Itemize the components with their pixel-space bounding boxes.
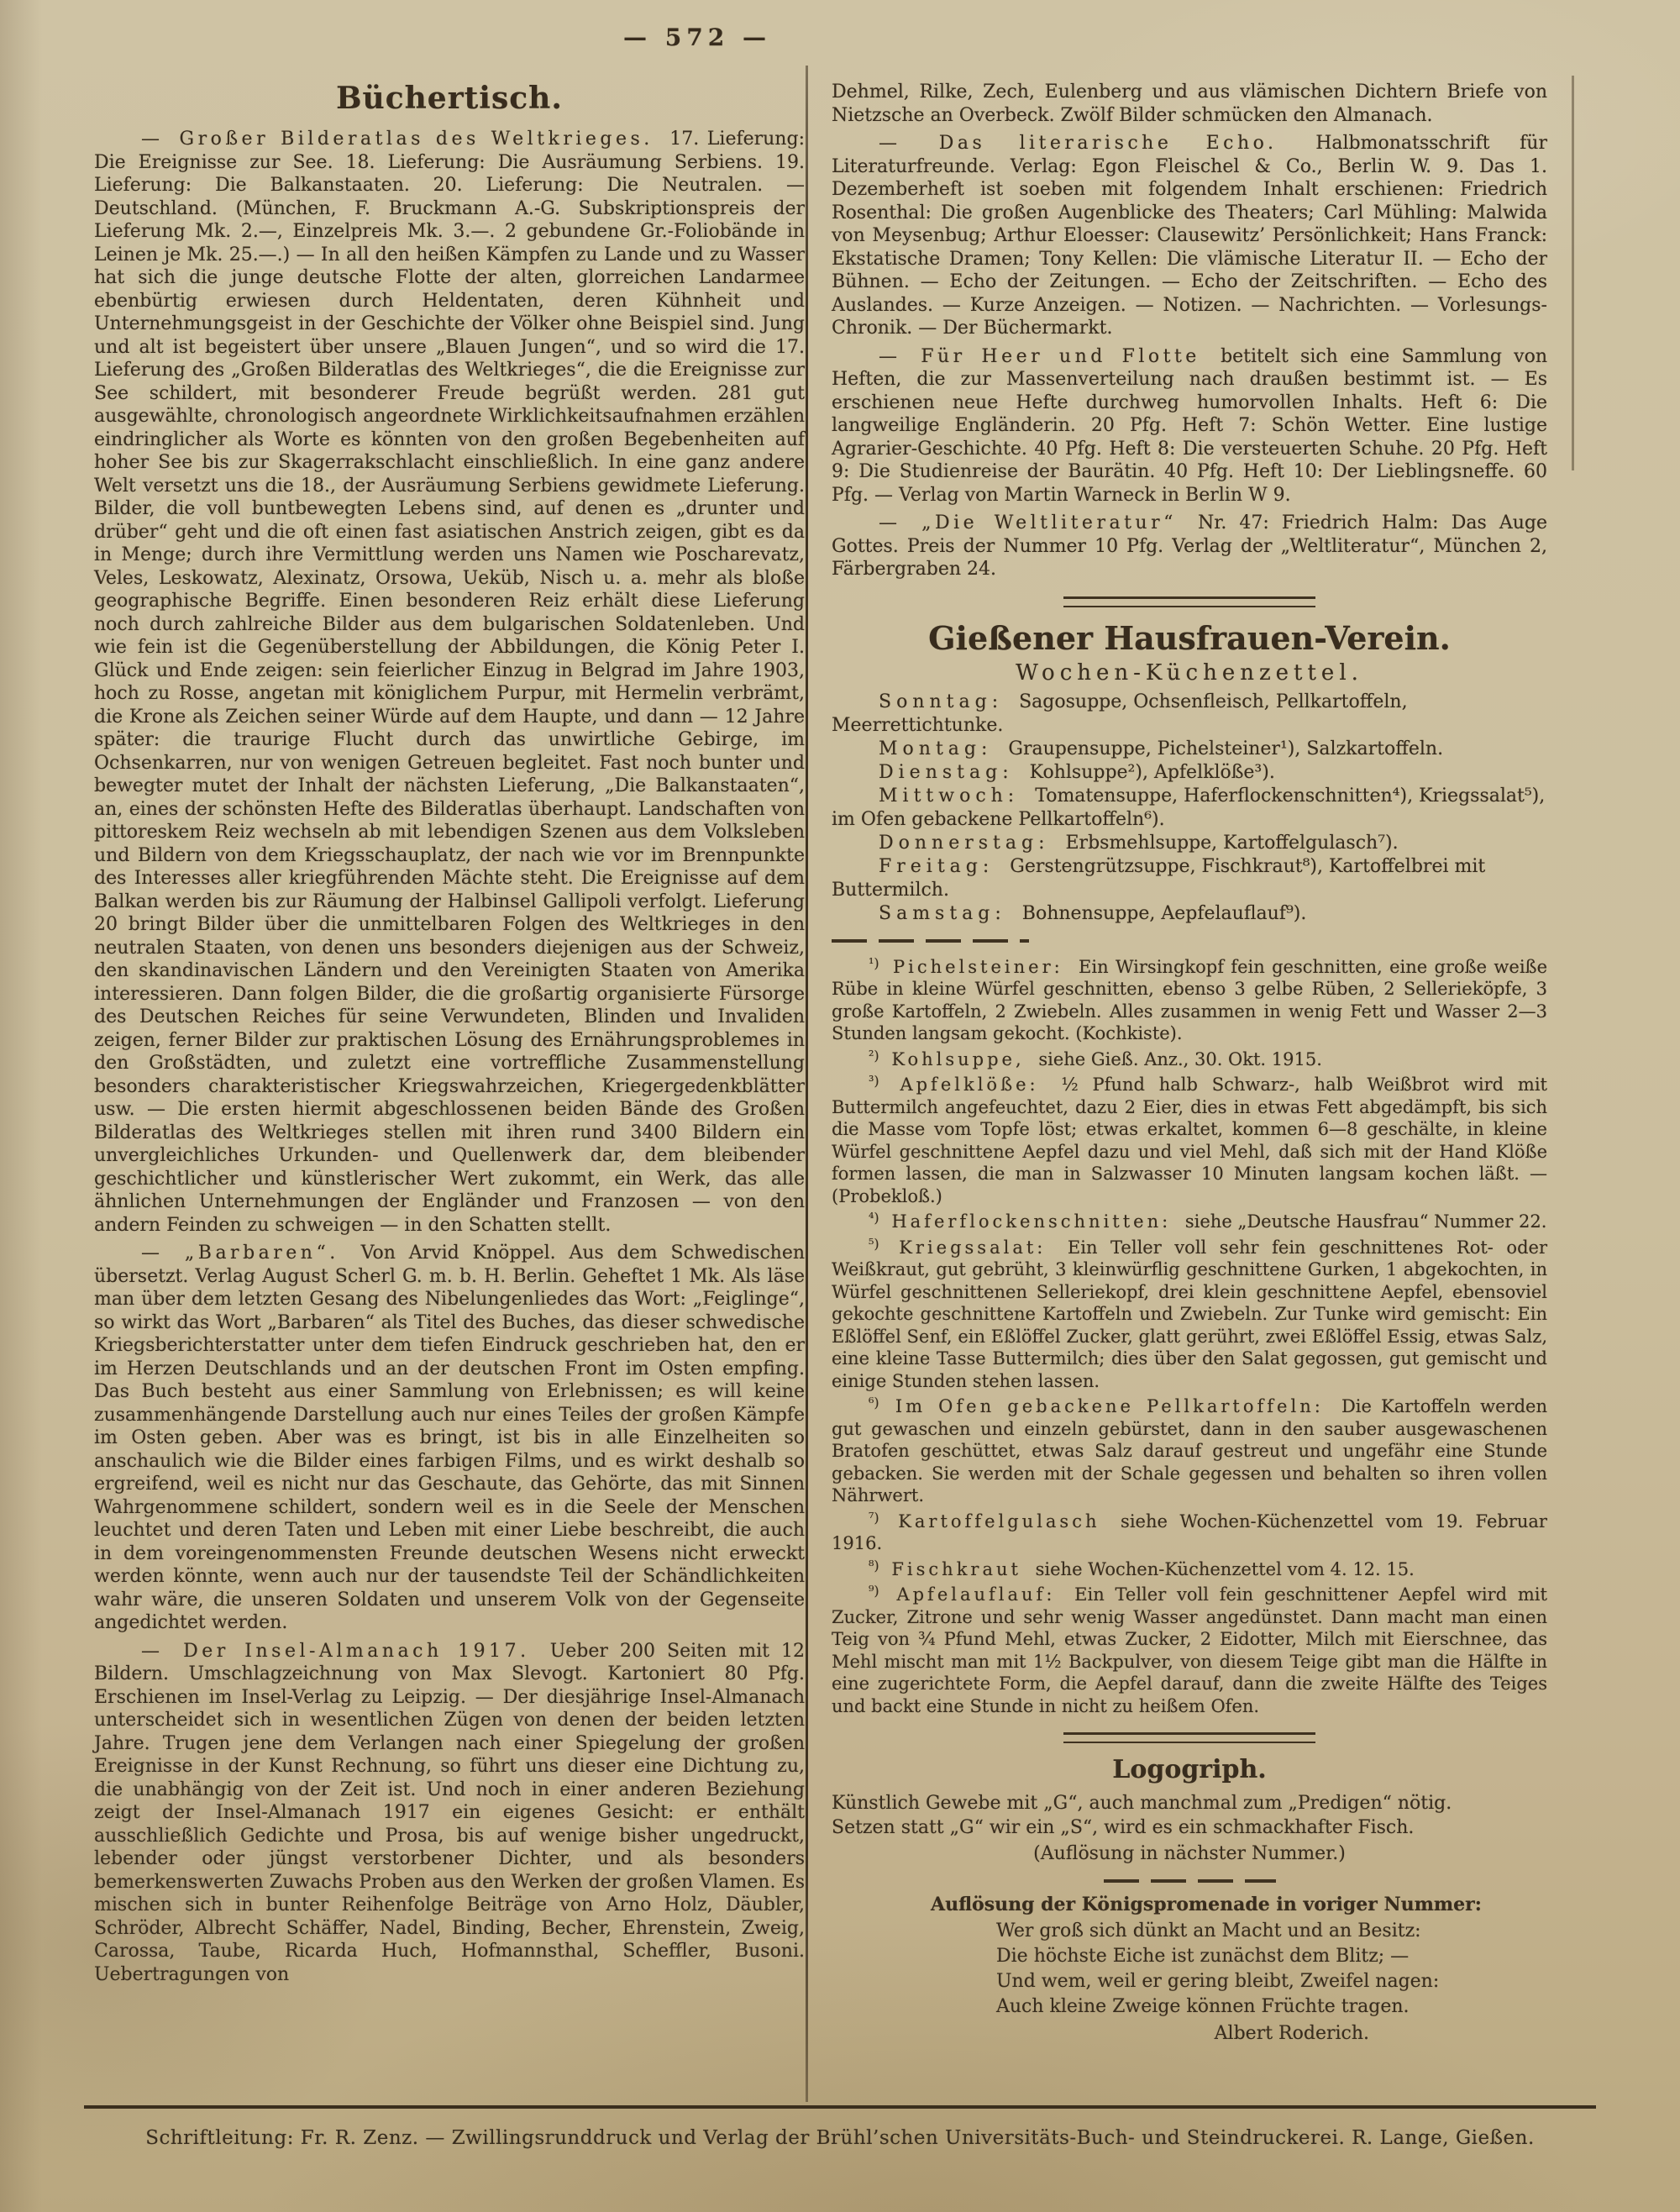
footnote-4: ⁴) Haferflockenschnitten: siehe „Deutsch…	[832, 1207, 1547, 1233]
solution-separator-rule	[1104, 1879, 1276, 1883]
footnote-8: ⁸) Fischkraut siehe Wochen-Küchenzettel …	[832, 1555, 1547, 1581]
footnote-term: Apfelklöße:	[900, 1074, 1038, 1095]
section-title-hausfrauen-verein: Gießener Hausfrauen-Verein.	[832, 619, 1547, 657]
article-weltliteratur: — „Die Weltliteratur“ Nr. 47: Friedrich …	[832, 512, 1547, 581]
paragraph-dash: —	[879, 346, 897, 367]
footnote-text: siehe Wochen-Küchenzettel vom 4. 12. 15.	[1036, 1559, 1415, 1579]
paragraph-dash: —	[879, 133, 897, 154]
day-label: Samstag:	[879, 903, 1006, 924]
article-text: Halbmonatsschrift für Literaturfreunde. …	[832, 133, 1547, 339]
article-lead: „Die Weltliteratur“	[921, 512, 1177, 533]
footnote-5: ⁵) Kriegssalat: Ein Teller voll sehr fei…	[832, 1233, 1547, 1393]
menu-day-donnerstag: Donnerstag: Erbsmehlsuppe, Kartoffelgula…	[832, 832, 1547, 855]
logogriph-line: Setzen statt „G“ wir ein „S“, wird es ei…	[832, 1815, 1547, 1840]
footnote-term: Haferflockenschnitten:	[891, 1211, 1171, 1232]
page-number: — 572 —	[588, 24, 806, 51]
footnote-term: Kriegssalat:	[899, 1237, 1046, 1258]
article-lead: Für Heer und Flotte	[921, 346, 1200, 367]
menu-day-freitag: Freitag: Gerstengrützsuppe, Fischkraut⁸)…	[832, 855, 1547, 902]
footnote-marker: ³)	[869, 1073, 879, 1089]
footnote-term: Fischkraut	[891, 1559, 1021, 1579]
footnote-2: ²) Kohlsuppe, siehe Gieß. Anz., 30. Okt.…	[832, 1045, 1547, 1071]
day-items: Bohnensuppe, Aepfelauflauf⁹).	[1022, 903, 1307, 924]
footnote-marker: ⁴)	[869, 1210, 879, 1226]
solution-verse-line: Wer groß sich dünkt an Macht und an Besi…	[996, 1919, 1547, 1944]
paragraph-dash: —	[141, 1243, 160, 1264]
section-title-buechertisch: Büchertisch.	[94, 81, 805, 116]
article-heer-und-flotte: — Für Heer und Flotte betitelt sich eine…	[832, 345, 1547, 507]
solution-verse-line: Und wem, weil er gering bleibt, Zweifel …	[996, 1969, 1547, 1994]
footnote-text: Ein Teller voll sehr fein geschnittenes …	[832, 1237, 1547, 1391]
footnote-marker: ⁹)	[869, 1583, 879, 1599]
article-bilderatlas: — Großer Bilderatlas des Weltkrieges. 17…	[94, 128, 805, 1237]
footnote-marker: ⁷)	[869, 1510, 879, 1526]
newspaper-page: — 572 — Büchertisch. — Großer Bilderatla…	[0, 0, 1680, 2212]
article-lead: Der Insel-Almanach 1917.	[183, 1641, 530, 1662]
left-column: Büchertisch. — Großer Bilderatlas des We…	[94, 81, 805, 1986]
article-text: Ueber 200 Seiten mit 12 Bildern. Umschla…	[94, 1641, 805, 1985]
solution-signature: Albert Roderich.	[832, 2023, 1369, 2044]
subtitle-kuechenzettel: Wochen-Küchenzettel.	[832, 660, 1547, 686]
solution-intro: Auflösung der Königspromenade in voriger…	[931, 1893, 1547, 1917]
day-items: Graupensuppe, Pichelsteiner¹), Salzkarto…	[1008, 738, 1443, 759]
day-label: Dienstag:	[879, 762, 1014, 783]
footnote-marker: ⁶)	[869, 1395, 879, 1411]
logogriph-divider-rule	[1063, 1732, 1315, 1743]
article-literarisches-echo: — Das literarische Echo. Halbmonatsschri…	[832, 132, 1547, 340]
logogriph-line: Künstlich Gewebe mit „G“, auch manchmal …	[832, 1791, 1547, 1815]
paragraph-dash: —	[141, 129, 160, 150]
paragraph-dash: —	[879, 512, 897, 533]
footnote-marker: ²)	[869, 1048, 879, 1064]
menu-day-sonntag: Sonntag: Sagosuppe, Ochsenfleisch, Pellk…	[832, 691, 1547, 738]
footnote-term: Apfelauflauf:	[896, 1584, 1055, 1605]
article-lead: Das literarische Echo.	[939, 133, 1278, 154]
menu-day-montag: Montag: Graupensuppe, Pichelsteiner¹), S…	[832, 738, 1547, 761]
day-label: Montag:	[879, 738, 992, 759]
day-label: Freitag:	[879, 856, 994, 877]
solution-verse-line: Die höchste Eiche ist zunächst dem Blitz…	[996, 1944, 1547, 1969]
column-divider-rule	[806, 66, 808, 2102]
menu-day-samstag: Samstag: Bohnensuppe, Aepfelauflauf⁹).	[832, 902, 1547, 926]
menu-day-dienstag: Dienstag: Kohlsuppe²), Apfelklöße³).	[832, 761, 1547, 785]
article-text: 17. Lieferung: Die Ereignisse zur See. 1…	[94, 129, 805, 1236]
day-label: Sonntag:	[879, 691, 1003, 712]
footnote-9: ⁹) Apfelauflauf: Ein Teller voll fein ge…	[832, 1580, 1547, 1717]
imprint-line: Schriftleitung: Fr. R. Zenz. — Zwillings…	[84, 2127, 1596, 2149]
article-lead: Großer Bilderatlas des Weltkrieges.	[180, 129, 654, 150]
right-column: Dehmel, Rilke, Zech, Eulenberg und aus v…	[832, 81, 1547, 2044]
paragraph-dash: —	[141, 1641, 160, 1662]
logogriph-note: (Auflösung in nächster Nummer.)	[832, 1842, 1547, 1866]
footnote-term: Kartoffelgulasch	[898, 1511, 1100, 1532]
article-insel-almanach: — Der Insel-Almanach 1917. Ueber 200 Sei…	[94, 1640, 805, 1987]
footnote-7: ⁷) Kartoffelgulasch siehe Wochen-Küchenz…	[832, 1507, 1547, 1555]
footnote-term: Im Ofen gebackene Pellkartoffeln:	[895, 1396, 1324, 1416]
footnote-3: ³) Apfelklöße: ½ Pfund halb Schwarz-, ha…	[832, 1070, 1547, 1207]
section-title-logogriph: Logogriph.	[832, 1755, 1547, 1784]
section-divider-rule	[1063, 596, 1315, 607]
footnote-separator-rule	[832, 939, 1029, 943]
menu-day-mittwoch: Mittwoch: Tomatensuppe, Haferflockenschn…	[832, 785, 1547, 832]
footnote-text: siehe „Deutsche Hausfrau“ Nummer 22.	[1185, 1211, 1547, 1232]
footnote-1: ¹) Pichelsteiner: Ein Wirsingkopf fein g…	[832, 953, 1547, 1045]
footnote-6: ⁶) Im Ofen gebackene Pellkartoffeln: Die…	[832, 1392, 1547, 1507]
page-edge-line	[1572, 76, 1574, 470]
article-lead: „Barbaren“.	[185, 1243, 339, 1264]
footnote-text: siehe Gieß. Anz., 30. Okt. 1915.	[1038, 1049, 1322, 1069]
day-items: Erbsmehlsuppe, Kartoffelgulasch⁷).	[1066, 833, 1399, 854]
footnote-marker: ⁵)	[869, 1236, 879, 1252]
footnote-term: Kohlsuppe,	[891, 1049, 1024, 1069]
article-barbaren: — „Barbaren“. Von Arvid Knöppel. Aus dem…	[94, 1242, 805, 1635]
article-text: betitelt sich eine Sammlung von Heften, …	[832, 346, 1547, 506]
day-label: Mittwoch:	[879, 785, 1019, 807]
day-label: Donnerstag:	[879, 833, 1050, 854]
article-text: Von Arvid Knöppel. Aus dem Schwedischen …	[94, 1243, 805, 1633]
solution-verse-line: Auch kleine Zweige können Früchte tragen…	[996, 1994, 1547, 2020]
footnote-term: Pichelsteiner:	[893, 957, 1063, 977]
day-items: Kohlsuppe²), Apfelklöße³).	[1030, 762, 1275, 783]
article-continuation: Dehmel, Rilke, Zech, Eulenberg und aus v…	[832, 81, 1547, 127]
footer-rule	[84, 2105, 1596, 2109]
footnote-marker: ¹)	[869, 955, 879, 971]
footnote-marker: ⁸)	[869, 1558, 879, 1574]
